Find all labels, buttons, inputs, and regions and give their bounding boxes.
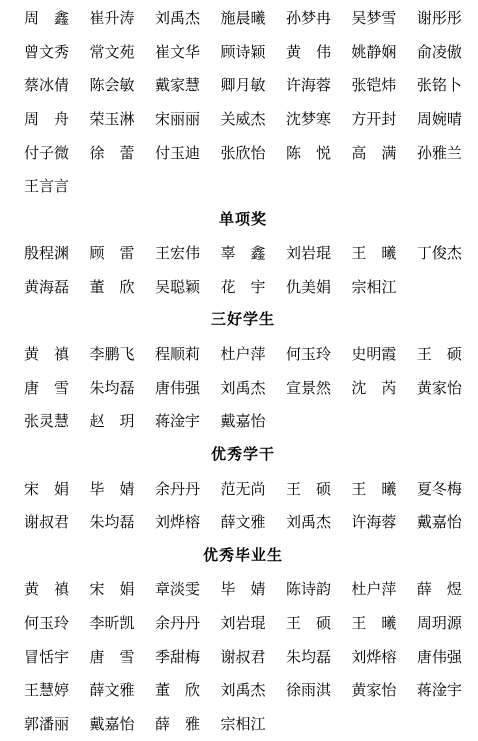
person-name: 黄 禛 <box>24 578 69 599</box>
person-name: 范无尚 <box>220 478 265 499</box>
person-name: 张铭卜 <box>417 74 462 95</box>
person-name: 季甜梅 <box>155 646 200 667</box>
person-name: 卿月敏 <box>220 74 265 95</box>
person-name: 李昕凯 <box>89 612 134 633</box>
name-row: 郭潘丽戴嘉怡薛 雅宗相江 <box>24 706 462 740</box>
person-name: 许海蓉 <box>286 74 331 95</box>
person-name: 薛 雅 <box>155 713 200 734</box>
person-name: 宋丽丽 <box>155 108 200 129</box>
person-name: 刘禹杰 <box>286 511 331 532</box>
person-name: 何玉玲 <box>24 612 69 633</box>
name-row: 张灵慧赵 玥蒋淦宇戴嘉怡 <box>24 404 462 438</box>
person-name: 顾 雷 <box>89 242 134 263</box>
empty-cell <box>90 185 135 186</box>
person-name: 黄海磊 <box>24 276 69 297</box>
name-row: 唐 雪朱均磊唐伟强刘禹杰宣景然沈 芮黄家怡 <box>24 371 462 405</box>
person-name: 付子微 <box>24 142 69 163</box>
person-name: 戴家慧 <box>155 74 200 95</box>
name-row: 冒恬宇唐 雪季甜梅谢叔君朱均磊刘烨榕唐伟强 <box>24 639 462 673</box>
person-name: 刘岩琨 <box>286 242 331 263</box>
section-title: 优秀毕业生 <box>24 539 462 573</box>
name-row: 王慧婷薛文雅董 欣刘禹杰徐雨淇黄家怡蒋淦宇 <box>24 673 462 707</box>
person-name: 顾诗颖 <box>220 41 265 62</box>
person-name: 黄家怡 <box>417 377 462 398</box>
person-name: 崔文华 <box>155 41 200 62</box>
person-name: 张铠炜 <box>351 74 396 95</box>
person-name: 王 曦 <box>351 612 396 633</box>
person-name: 李鹏飞 <box>89 343 134 364</box>
person-name: 黄 伟 <box>286 41 331 62</box>
person-name: 关威杰 <box>220 108 265 129</box>
person-name: 谢叔君 <box>220 646 265 667</box>
person-name: 王 硕 <box>417 343 462 364</box>
person-name: 王 曦 <box>351 242 396 263</box>
name-row: 黄海磊董 欣吴聪颖花 宇仇美娟宗相江 <box>24 270 462 304</box>
person-name: 毕 婧 <box>220 578 265 599</box>
person-name: 王言言 <box>24 175 69 196</box>
person-name: 陈 悦 <box>286 142 331 163</box>
section-title: 三好学生 <box>24 303 462 337</box>
person-name: 毕 婧 <box>89 478 134 499</box>
person-name: 蒋淦宇 <box>155 410 200 431</box>
name-row: 周 鑫崔升涛刘禹杰施晨曦孙梦冉吴梦雪谢彤彤 <box>24 1 462 35</box>
name-row: 蔡冰倩陈会敏戴家慧卿月敏许海蓉张铠炜张铭卜 <box>24 68 462 102</box>
person-name: 宗相江 <box>221 713 266 734</box>
person-name: 花 宇 <box>221 276 266 297</box>
person-name: 施晨曦 <box>220 7 265 28</box>
empty-cell <box>417 420 462 421</box>
person-name: 章淡雯 <box>155 578 200 599</box>
person-name: 常文苑 <box>89 41 134 62</box>
person-name: 何玉玲 <box>286 343 331 364</box>
person-name: 刘烨榕 <box>155 511 200 532</box>
person-name: 戴嘉怡 <box>221 410 266 431</box>
person-name: 余丹丹 <box>155 478 200 499</box>
person-name: 杜户萍 <box>220 343 265 364</box>
person-name: 宣景然 <box>286 377 331 398</box>
person-name: 王宏伟 <box>155 242 200 263</box>
person-name: 朱均磊 <box>89 377 134 398</box>
section-title: 单项奖 <box>24 203 462 237</box>
person-name: 郭潘丽 <box>24 713 69 734</box>
person-name: 薛文雅 <box>89 679 134 700</box>
empty-cell <box>351 420 396 421</box>
person-name: 姚静娴 <box>351 41 396 62</box>
person-name: 黄 禛 <box>24 343 69 364</box>
person-name: 陈诗韵 <box>286 578 331 599</box>
person-name: 高 满 <box>351 142 396 163</box>
person-name: 宋 娟 <box>89 578 134 599</box>
person-name: 周 舟 <box>24 108 69 129</box>
person-name: 刘岩琨 <box>220 612 265 633</box>
person-name: 崔升涛 <box>89 7 134 28</box>
awards-document-page: 周 鑫崔升涛刘禹杰施晨曦孙梦冉吴梦雪谢彤彤曾文秀常文苑崔文华顾诗颖黄 伟姚静娴俞… <box>0 0 478 741</box>
person-name: 刘禹杰 <box>220 377 265 398</box>
person-name: 刘烨榕 <box>351 646 396 667</box>
person-name: 周玥源 <box>417 612 462 633</box>
person-name: 仇美娟 <box>286 276 331 297</box>
person-name: 丁俊杰 <box>417 242 462 263</box>
person-name: 许海蓉 <box>351 511 396 532</box>
person-name: 朱均磊 <box>89 511 134 532</box>
name-row: 黄 禛宋 娟章淡雯毕 婧陈诗韵杜户萍薛 煜 <box>24 572 462 606</box>
person-name: 张灵慧 <box>24 410 69 431</box>
person-name: 付玉迪 <box>155 142 200 163</box>
person-name: 唐 雪 <box>89 646 134 667</box>
person-name: 薛 煜 <box>417 578 462 599</box>
person-name: 曾文秀 <box>24 41 69 62</box>
person-name: 朱均磊 <box>286 646 331 667</box>
person-name: 张欣怡 <box>220 142 265 163</box>
person-name: 荣玉淋 <box>89 108 134 129</box>
empty-cell <box>351 723 396 724</box>
empty-cell <box>417 185 462 186</box>
name-row: 曾文秀常文苑崔文华顾诗颖黄 伟姚静娴俞凌傲 <box>24 35 462 69</box>
person-name: 戴嘉怡 <box>90 713 135 734</box>
person-name: 周 鑫 <box>24 7 69 28</box>
person-name: 戴嘉怡 <box>417 511 462 532</box>
person-name: 吴梦雪 <box>351 7 396 28</box>
name-row: 王言言 <box>24 169 462 203</box>
name-row: 何玉玲李昕凯余丹丹刘岩琨王 硕王 曦周玥源 <box>24 606 462 640</box>
empty-cell <box>286 420 331 421</box>
person-name: 唐伟强 <box>417 646 462 667</box>
person-name: 王 硕 <box>286 612 331 633</box>
person-name: 杜户萍 <box>351 578 396 599</box>
section-title: 优秀学干 <box>24 438 462 472</box>
person-name: 黄家怡 <box>351 679 396 700</box>
name-row: 谢叔君朱均磊刘烨榕薛文雅刘禹杰许海蓉戴嘉怡 <box>24 505 462 539</box>
person-name: 唐伟强 <box>155 377 200 398</box>
person-name: 夏冬梅 <box>417 478 462 499</box>
person-name: 徐雨淇 <box>286 679 331 700</box>
person-name: 孙雅兰 <box>417 142 462 163</box>
person-name: 徐 蕾 <box>89 142 134 163</box>
name-row: 殷程渊顾 雷王宏伟辜 鑫刘岩琨王 曦丁俊杰 <box>24 236 462 270</box>
empty-cell <box>351 185 396 186</box>
person-name: 殷程渊 <box>24 242 69 263</box>
person-name: 孙梦冉 <box>286 7 331 28</box>
person-name: 唐 雪 <box>24 377 69 398</box>
person-name: 蒋淦宇 <box>417 679 462 700</box>
empty-cell <box>417 723 462 724</box>
person-name: 辜 鑫 <box>220 242 265 263</box>
person-name: 周婉晴 <box>417 108 462 129</box>
person-name: 谢彤彤 <box>417 7 462 28</box>
person-name: 刘禹杰 <box>155 7 200 28</box>
person-name: 沈梦寒 <box>286 108 331 129</box>
person-name: 宋 娟 <box>24 478 69 499</box>
person-name: 蔡冰倩 <box>24 74 69 95</box>
person-name: 吴聪颖 <box>155 276 200 297</box>
empty-cell <box>286 185 331 186</box>
name-row: 黄 禛李鹏飞程顺莉杜户萍何玉玲史明霞王 硕 <box>24 337 462 371</box>
person-name: 谢叔君 <box>24 511 69 532</box>
empty-cell <box>417 286 462 287</box>
person-name: 王慧婷 <box>24 679 69 700</box>
name-row: 周 舟荣玉淋宋丽丽关威杰沈梦寒方开封周婉晴 <box>24 102 462 136</box>
name-row: 宋 娟毕 婧余丹丹范无尚王 硕王 曦夏冬梅 <box>24 471 462 505</box>
award-sections-container: 周 鑫崔升涛刘禹杰施晨曦孙梦冉吴梦雪谢彤彤曾文秀常文苑崔文华顾诗颖黄 伟姚静娴俞… <box>24 1 462 740</box>
person-name: 刘禹杰 <box>220 679 265 700</box>
person-name: 王 硕 <box>286 478 331 499</box>
person-name: 俞凌傲 <box>417 41 462 62</box>
person-name: 薛文雅 <box>220 511 265 532</box>
person-name: 程顺莉 <box>155 343 200 364</box>
name-row: 付子微徐 蕾付玉迪张欣怡陈 悦高 满孙雅兰 <box>24 135 462 169</box>
empty-cell <box>155 185 200 186</box>
person-name: 余丹丹 <box>155 612 200 633</box>
empty-cell <box>286 723 331 724</box>
person-name: 董 欣 <box>155 679 200 700</box>
person-name: 王 曦 <box>351 478 396 499</box>
person-name: 董 欣 <box>90 276 135 297</box>
person-name: 史明霞 <box>351 343 396 364</box>
person-name: 陈会敏 <box>89 74 134 95</box>
empty-cell <box>220 185 265 186</box>
person-name: 方开封 <box>351 108 396 129</box>
person-name: 沈 芮 <box>351 377 396 398</box>
person-name: 冒恬宇 <box>24 646 69 667</box>
person-name: 宗相江 <box>352 276 397 297</box>
person-name: 赵 玥 <box>90 410 135 431</box>
